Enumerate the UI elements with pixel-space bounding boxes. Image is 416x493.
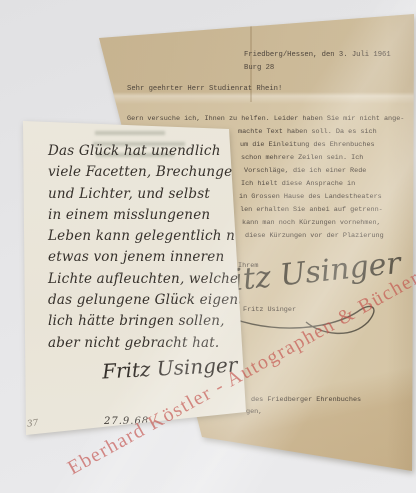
letter-body-line: len erhalten Sie anbei auf getrenn- <box>240 206 383 215</box>
typed-letter-paper: Friedberg/Hessen, den 3. Juli 1961 Burg … <box>0 0 416 493</box>
ink-showthrough <box>96 153 174 157</box>
handwritten-line: lich hätte bringen sollen, <box>48 311 238 332</box>
letter-body-line: Vorschläge, die ich einer Rede <box>244 167 366 176</box>
handwritten-note-wrapper: Das Glück hat unendlich viele Facetten, … <box>0 0 416 493</box>
letter-body-line: machte Text haben soll. Da es sich <box>238 128 377 137</box>
letter-salutation: Sehr geehrter Herr Studienrat Rhein! <box>127 85 282 94</box>
typed-letter-wrapper: Friedberg/Hessen, den 3. Juli 1961 Burg … <box>0 0 416 493</box>
letter-body-line: diese Kürzungen vor der Plazierung <box>245 232 384 241</box>
letter-body-line: kann man noch Kürzungen vornehmen, <box>242 219 381 228</box>
paper-shading-right <box>0 0 416 493</box>
letter-body-line: um die Einleitung des Ehrenbuches <box>240 141 375 150</box>
note-date: 27.9.68 <box>104 416 149 427</box>
letter-body-line: Ich hielt diese Ansprache in <box>241 180 355 189</box>
letter-body-line: in Grossen Hause des Landestheaters <box>239 193 382 202</box>
letter-body-line: Gern versuche ich, Ihnen zu helfen. Leid… <box>127 115 404 124</box>
letter-typed-name: Fritz Usinger <box>243 306 296 315</box>
fold-crease-vertical <box>250 10 252 102</box>
note-signature: Fritz Usinger <box>101 352 237 383</box>
handwritten-line: Lichte aufleuchten, welches <box>48 269 238 290</box>
handwritten-line: in einem misslungenen <box>48 205 238 226</box>
ink-showthrough <box>95 131 165 135</box>
photo-of-documents: Friedberg/Hessen, den 3. Juli 1961 Burg … <box>0 0 416 493</box>
fold-crease-horizontal <box>0 0 416 493</box>
handwritten-line: und Lichter, und selbst <box>48 184 238 205</box>
signature-flourish <box>210 292 390 338</box>
letter-body-line: schon mehrere Zeilen sein. Ich <box>241 154 363 163</box>
handwritten-line: viele Facetten, Brechungen <box>48 162 238 183</box>
letter-closing: Ihrem <box>238 262 258 271</box>
pencil-inventory-number: 37 <box>26 418 39 429</box>
letter-footer-line: gen, <box>246 408 262 417</box>
letter-signature: Fritz Usinger <box>197 245 410 302</box>
handwritten-line: Das Glück hat unendlich <box>48 141 238 162</box>
handwritten-text-block: Das Glück hat unendlich viele Facetten, … <box>48 141 238 354</box>
handwritten-line: aber nicht gebracht hat. <box>48 333 238 354</box>
handwritten-line: etwas von jenem inneren <box>48 247 238 268</box>
letter-footer-line: des Friedberger Ehrenbuches <box>251 396 361 405</box>
letter-dateline: Friedberg/Hessen, den 3. Juli 1961 <box>244 51 391 60</box>
letter-address-line: Burg 28 <box>244 64 274 73</box>
dealer-watermark: Eberhard Köstler - Autographen & Bücher <box>64 267 416 481</box>
paper-shading-bottom <box>0 0 416 493</box>
photo-glare <box>0 0 416 493</box>
handwritten-line: Leben kann gelegentlich noch <box>48 226 238 247</box>
ink-showthrough <box>93 142 185 146</box>
handwritten-line: das gelungene Glück eigent- <box>48 290 238 311</box>
handwritten-note-paper: Das Glück hat unendlich viele Facetten, … <box>0 0 416 493</box>
